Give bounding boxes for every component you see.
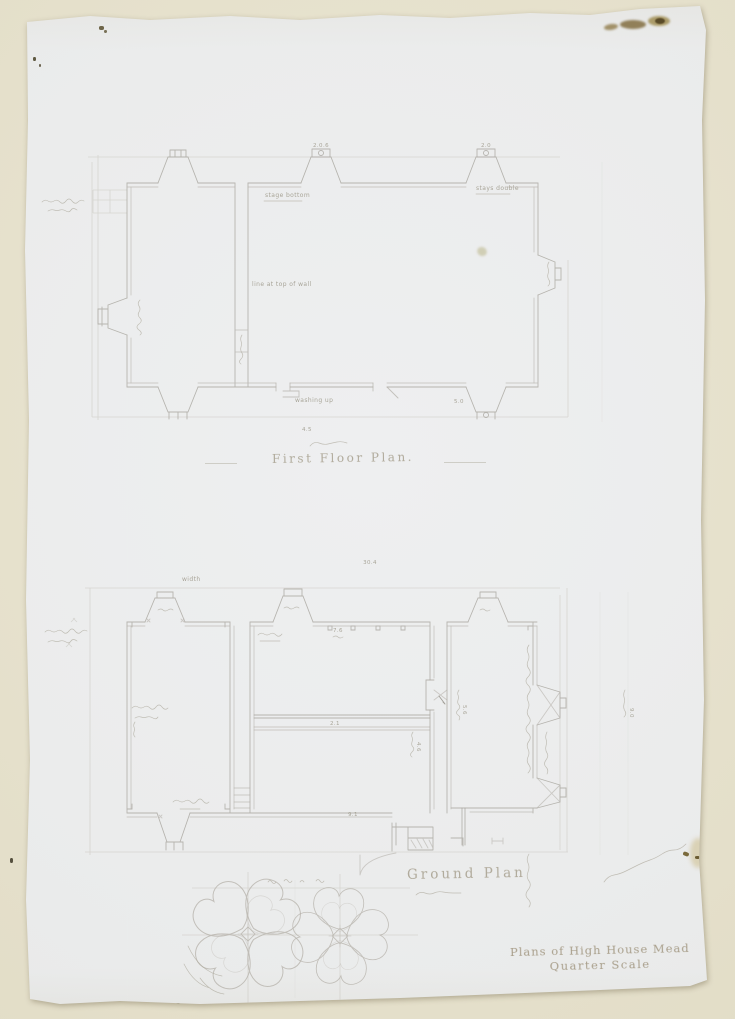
stain-right-edge [690,838,706,868]
main-walls [127,622,537,817]
speck-top-edge-1 [99,26,104,30]
title-block: Plans of High House Mead Quarter Scale [484,940,717,974]
dim-chimney-center: 2.0.6 [313,143,329,149]
dim-v1: 4.6 [415,742,421,752]
dim-margin: 9.0 [628,708,634,718]
note-width: width [182,576,201,583]
scanned-drawing-page: { "colors": { "mount": "#e9e4cf", "paper… [0,0,735,1019]
first-floor-caption: First Floor Plan. [238,450,448,467]
rosette-detail-sketch [180,868,425,1013]
outer-boundary-lines [88,155,602,422]
chimney-breasts [145,589,508,850]
foxing-stain-top-right-core [655,18,665,24]
vertical-scrawl-near-caption [522,852,536,908]
first-floor-caption-text: First Floor Plan. [272,450,414,466]
first-floor-plan-drawing: 2.0.6 2.0 stage bottom stays double line… [40,140,640,470]
foxing-stain-top-right-2 [620,20,646,29]
chimney-breasts [158,149,506,419]
dim-bottom-right: 5.0 [454,399,464,405]
ground-plan-drawing: width 30.4 7.6 2.1 4.6 5.6 9.1 9.0 [40,550,640,895]
speck-top-left-2 [39,64,41,67]
dim-span: 7.6 [333,628,343,634]
note-stays-double: stays double [476,185,519,192]
speck-bottom-center [176,1003,180,1006]
partial-petal-arcs [184,946,224,994]
dim-overall: 30.4 [363,560,377,566]
main-walls [127,183,538,387]
speck-top-edge-2 [104,30,107,33]
paper-shadow-wrap: 2.0.6 2.0 stage bottom stays double line… [0,0,735,1019]
caption-flourish-first-floor [308,438,350,450]
dim-porch: 9.1 [348,812,358,818]
side-bays [98,255,561,335]
note-stage-bottom: stage bottom [265,192,310,199]
letter-scrawls [268,880,324,884]
dim-below-bottom: 4.5 [302,427,312,433]
drawing-sheet: 2.0.6 2.0 stage bottom stays double line… [0,0,735,1019]
dim-beam: 2.1 [330,721,340,727]
dim-v2: 5.6 [461,705,467,715]
fleck-right-edge-2 [695,856,700,859]
foxing-stain-top-right [604,23,619,31]
note-wall-line: line at top of wall [252,281,312,288]
dim-chimney-right: 2.0 [481,143,491,149]
construction-grid [182,872,418,1008]
speck-top-left-1 [33,57,36,61]
pencil-note-scrawls [42,194,550,364]
caption-rule-left [205,463,237,464]
outer-boundary-lines [66,588,628,855]
note-washing-up: washing up [295,397,333,404]
right-bays [537,685,566,808]
speck-left-mount [10,858,13,863]
caption-rule-right [444,462,486,463]
door-openings [276,383,398,398]
